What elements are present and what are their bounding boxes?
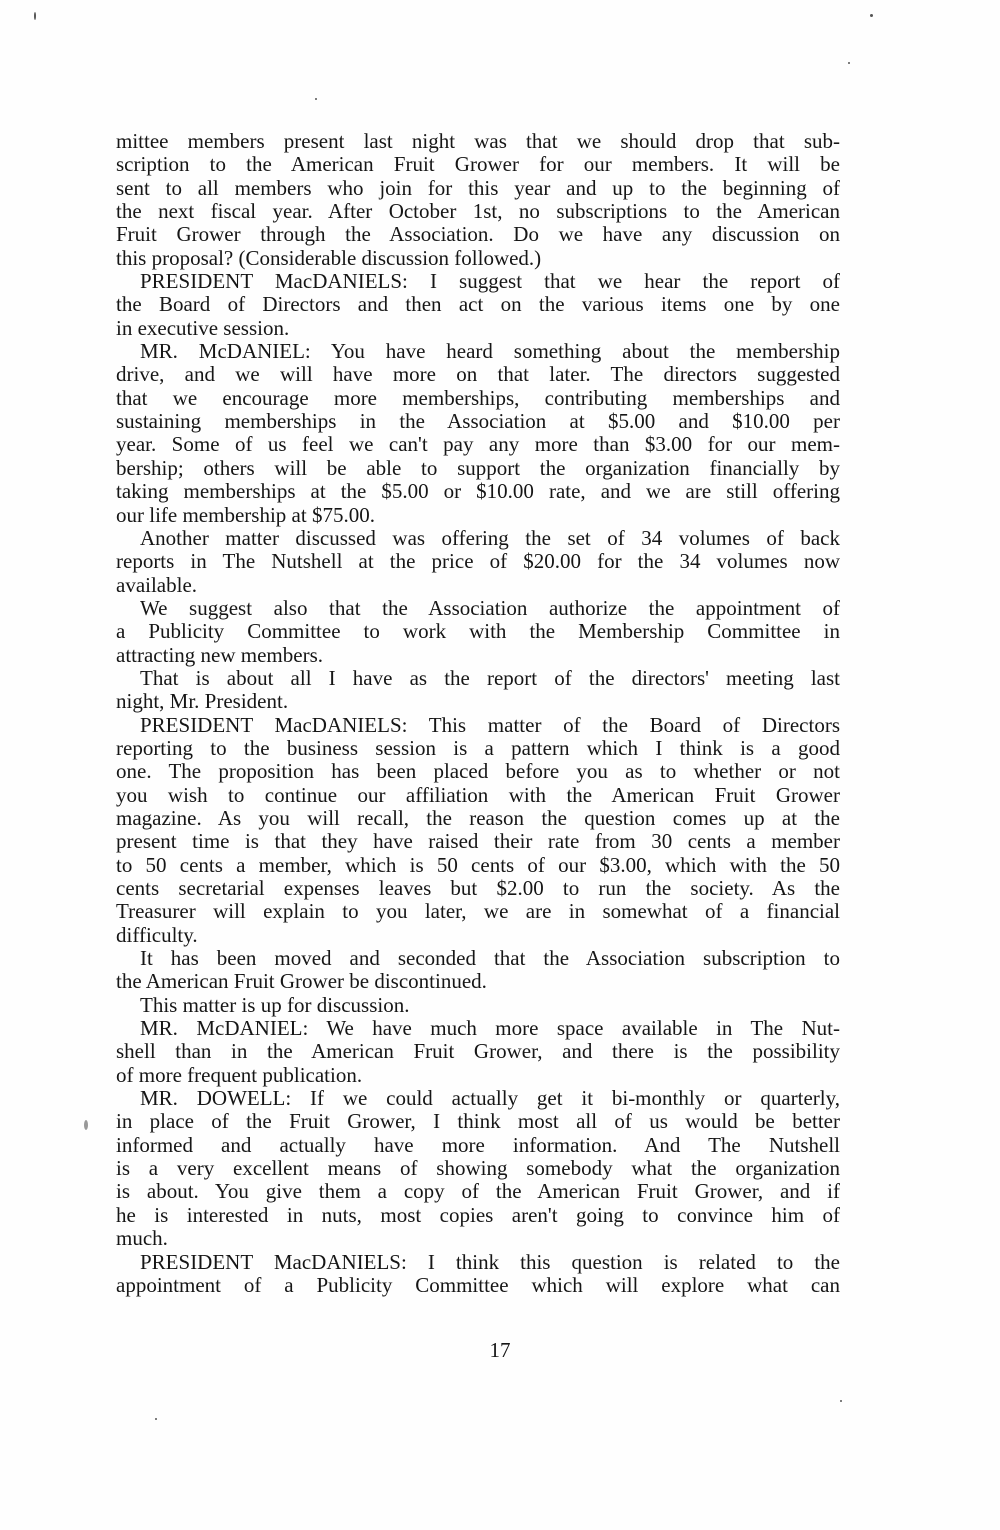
scan-speck <box>315 98 317 100</box>
text-line: the Board of Directors and then act on t… <box>116 293 840 316</box>
text-line: Treasurer will explain to you later, we … <box>116 900 840 923</box>
text-line: to 50 cents a member, which is 50 cents … <box>116 854 840 877</box>
body-text: mittee members present last night was th… <box>116 130 840 1297</box>
text-line: Fruit Grower through the Association. Do… <box>116 223 840 246</box>
text-line: the next fiscal year. After October 1st,… <box>116 200 840 223</box>
text-line: bership; others will be able to support … <box>116 457 840 480</box>
text-line: reports in The Nutshell at the price of … <box>116 550 840 573</box>
text-line: available. <box>116 574 840 597</box>
text-line: year. Some of us feel we can't pay any m… <box>116 433 840 456</box>
scanned-page: mittee members present last night was th… <box>0 0 1000 1530</box>
text-line: informed and actually have more informat… <box>116 1134 840 1157</box>
text-line: reporting to the business session is a p… <box>116 737 840 760</box>
text-line: in executive session. <box>116 317 840 340</box>
text-line: We suggest also that the Association aut… <box>116 597 840 620</box>
scan-speck <box>870 14 873 17</box>
text-line: It has been moved and seconded that the … <box>116 947 840 970</box>
text-line: scription to the American Fruit Grower f… <box>116 153 840 176</box>
text-line: difficulty. <box>116 924 840 947</box>
text-line: the American Fruit Grower be discontinue… <box>116 970 840 993</box>
text-line: a Publicity Committee to work with the M… <box>116 620 840 643</box>
page-number: 17 <box>0 1338 1000 1363</box>
text-line: sent to all members who join for this ye… <box>116 177 840 200</box>
text-line: PRESIDENT MacDANIELS: This matter of the… <box>116 714 840 737</box>
text-line: attracting new members. <box>116 644 840 667</box>
text-line: sustaining memberships in the Associatio… <box>116 410 840 433</box>
text-line: much. <box>116 1227 840 1250</box>
text-line: of more frequent publication. <box>116 1064 840 1087</box>
text-line: shell than in the American Fruit Grower,… <box>116 1040 840 1063</box>
text-line: PRESIDENT MacDANIELS: I suggest that we … <box>116 270 840 293</box>
text-line: present time is that they have raised th… <box>116 830 840 853</box>
text-line: taking memberships at the $5.00 or $10.0… <box>116 480 840 503</box>
text-line: MR. McDANIEL: You have heard something a… <box>116 340 840 363</box>
text-line: MR. DOWELL: If we could actually get it … <box>116 1087 840 1110</box>
text-line: mittee members present last night was th… <box>116 130 840 153</box>
scan-speck <box>155 1418 157 1420</box>
text-line: appointment of a Publicity Committee whi… <box>116 1274 840 1297</box>
text-line: That is about all I have as the report o… <box>116 667 840 690</box>
text-line: one. The proposition has been placed bef… <box>116 760 840 783</box>
text-line: magazine. As you will recall, the reason… <box>116 807 840 830</box>
text-line: he is interested in nuts, most copies ar… <box>116 1204 840 1227</box>
text-line: is a very excellent means of showing som… <box>116 1157 840 1180</box>
scan-speck <box>840 1400 842 1402</box>
text-line: drive, and we will have more on that lat… <box>116 363 840 386</box>
text-line: you wish to continue our affiliation wit… <box>116 784 840 807</box>
text-line: is about. You give them a copy of the Am… <box>116 1180 840 1203</box>
scan-speck <box>848 62 850 64</box>
text-line: in place of the Fruit Grower, I think mo… <box>116 1110 840 1133</box>
text-line: that we encourage more memberships, cont… <box>116 387 840 410</box>
text-line: This matter is up for discussion. <box>116 994 840 1017</box>
text-line: PRESIDENT MacDANIELS: I think this quest… <box>116 1251 840 1274</box>
scan-speck <box>34 12 36 20</box>
text-line: Another matter discussed was offering th… <box>116 527 840 550</box>
text-line: MR. McDANIEL: We have much more space av… <box>116 1017 840 1040</box>
text-line: our life membership at $75.00. <box>116 504 840 527</box>
text-line: cents secretarial expenses leaves but $2… <box>116 877 840 900</box>
scan-speck <box>84 1120 88 1130</box>
text-line: this proposal? (Considerable discussion … <box>116 247 840 270</box>
text-line: night, Mr. President. <box>116 690 840 713</box>
